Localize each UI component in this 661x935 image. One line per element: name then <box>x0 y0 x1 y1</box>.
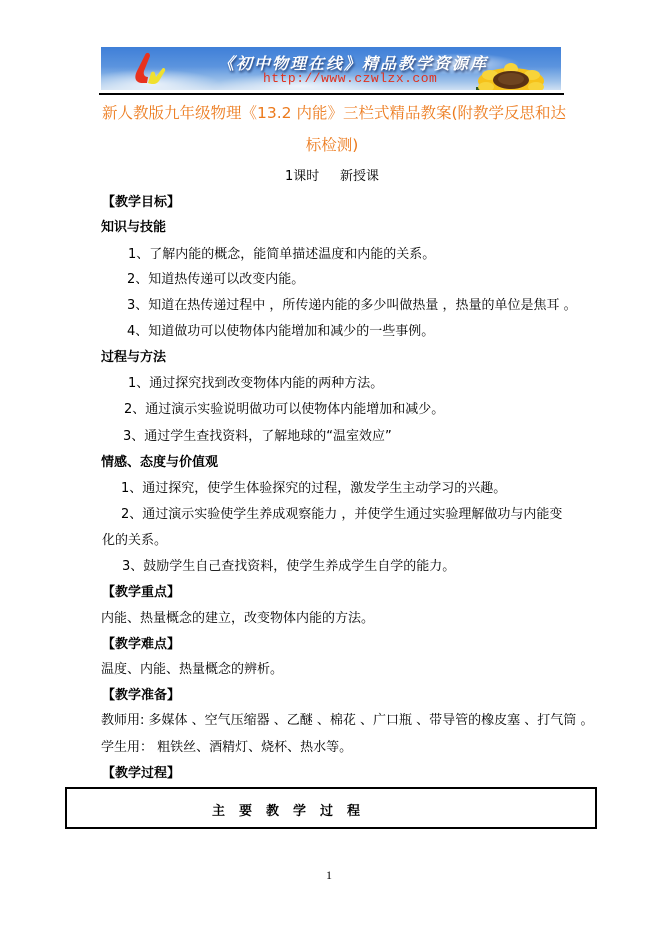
process-heading: 过程与方法 <box>101 349 166 367</box>
key-points-text: 内能、热量概念的建立，改变物体内能的方法。 <box>101 610 374 628</box>
attitude-item-continued: 化的关系。 <box>102 532 167 550</box>
lesson-hours: 1课时 <box>285 168 319 186</box>
procedure-table-header: 主要教学过程 <box>65 787 597 829</box>
knowledge-heading: 知识与技能 <box>101 219 166 237</box>
student-materials: 学生用： 粗铁丝、酒精灯、烧杯、热水等。 <box>101 739 352 757</box>
difficulties-text: 温度、内能、热量概念的辨析。 <box>101 661 283 679</box>
knowledge-item: 2、知道热传递可以改变内能。 <box>127 271 304 289</box>
sunflower-icon <box>476 59 546 90</box>
attitude-item: 3、鼓励学生自己查找资料，使学生养成学生自学的能力。 <box>122 558 455 576</box>
objectives-heading: 【教学目标】 <box>102 194 180 212</box>
czwlzx-logo-icon <box>131 49 171 87</box>
attitude-item: 1、通过探究，使学生体验探究的过程，激发学生主动学习的兴趣。 <box>121 480 506 498</box>
teacher-materials: 教师用: 多媒体 、空气压缩器 、乙醚 、棉花 、广口瓶 、带导管的橡皮塞 、打… <box>101 712 593 730</box>
site-banner: 《初中物理在线》精品教学资源库 http://www.czwlzx.com <box>101 47 561 90</box>
difficulties-heading: 【教学难点】 <box>102 636 180 654</box>
knowledge-item: 3、知道在热传递过程中 ，所传递内能的多少叫做热量 ，热量的单位是焦耳 。 <box>127 297 577 315</box>
process-item: 2、通过演示实验说明做功可以使物体内能增加和减少。 <box>124 401 444 419</box>
process-item: 1、通过探究找到改变物体内能的两种方法。 <box>128 375 383 393</box>
knowledge-item: 4、知道做功可以使物体内能增加和减少的一些事例。 <box>127 323 434 341</box>
document-title-line-1: 新人教版九年级物理《13.2 内能》三栏式精品教案(附教学反思和达 <box>102 102 572 124</box>
attitude-heading: 情感、态度与价值观 <box>101 454 218 472</box>
banner-url: http://www.czwlzx.com <box>263 71 437 86</box>
procedure-table-header-label: 主要教学过程 <box>212 800 374 819</box>
page-number: 1 <box>326 868 332 883</box>
header-rule <box>99 93 564 95</box>
document-title-line-2: 标检测) <box>102 134 562 156</box>
procedure-heading: 【教学过程】 <box>102 765 180 783</box>
knowledge-item: 1、了解内能的概念，能简单描述温度和内能的关系。 <box>128 246 435 264</box>
lesson-type: 新授课 <box>340 168 379 186</box>
key-points-heading: 【教学重点】 <box>102 584 180 602</box>
preparation-heading: 【教学准备】 <box>102 687 180 705</box>
process-item: 3、通过学生查找资料，了解地球的“温室效应” <box>123 428 392 446</box>
attitude-item: 2、通过演示实验使学生养成观察能力 ，并使学生通过实验理解做功与内能变 <box>121 506 562 524</box>
